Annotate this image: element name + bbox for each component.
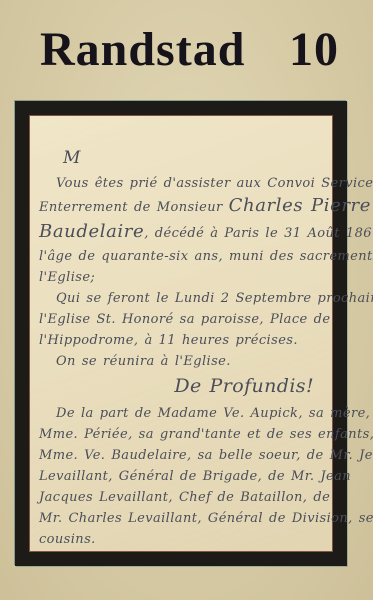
invitation-line-text: Enterrement de Monsieur <box>39 200 229 215</box>
invitation-line: Qui se feront le Lundi 2 Septembre proch… <box>39 288 324 309</box>
invitation-line: Baudelaire, décédé à Paris le 31 Août 18… <box>39 220 324 246</box>
book-cover: Randstad 10 M Vous êtes prié d'assister … <box>0 0 373 600</box>
mourners-line: Mme. Périée, sa grand'tante et de ses en… <box>39 424 324 445</box>
invitation-line: l'Hippodrome, à 11 heures précises. <box>39 330 324 351</box>
funeral-announcement-card: M Vous êtes prié d'assister aux Convoi S… <box>29 115 333 552</box>
mourners-line: Levaillant, Général de Brigade, de Mr. J… <box>39 466 324 487</box>
cover-title-name: Randstad <box>40 24 245 76</box>
mourners-line: Jacques Levaillant, Chef de Bataillon, d… <box>39 487 324 508</box>
invitation-line: Enterrement de Monsieur Charles Pierre <box>39 194 324 220</box>
invitation-line-text: , décédé à Paris le 31 Août 1867, à <box>144 226 373 241</box>
mourners-line: Mme. Ve. Baudelaire, sa belle soeur, de … <box>39 445 324 466</box>
deceased-name-last: Baudelaire <box>39 221 144 242</box>
invitation-line: l'âge de quarante-six ans, muni des sacr… <box>39 246 324 267</box>
mourners-line: De la part de Madame Ve. Aupick, sa mère… <box>39 403 324 424</box>
deceased-name-first: Charles Pierre <box>229 195 371 216</box>
salutation: M <box>39 146 324 170</box>
invitation-line: Vous êtes prié d'assister aux Convoi Ser… <box>39 173 324 194</box>
cover-title-number: 10 <box>289 24 339 76</box>
de-profundis-motto: De Profundis! <box>39 373 324 400</box>
invitation-line: On se réunira à l'Eglise. <box>39 351 324 372</box>
mourners-line: cousins. <box>39 529 324 550</box>
invitation-line: l'Eglise; <box>39 267 324 288</box>
mourners-line: Mr. Charles Levaillant, Général de Divis… <box>39 508 324 529</box>
invitation-line: l'Eglise St. Honoré sa paroisse, Place d… <box>39 309 324 330</box>
cover-title: Randstad 10 <box>40 24 339 76</box>
mourning-border-frame: M Vous êtes prié d'assister aux Convoi S… <box>15 101 347 566</box>
